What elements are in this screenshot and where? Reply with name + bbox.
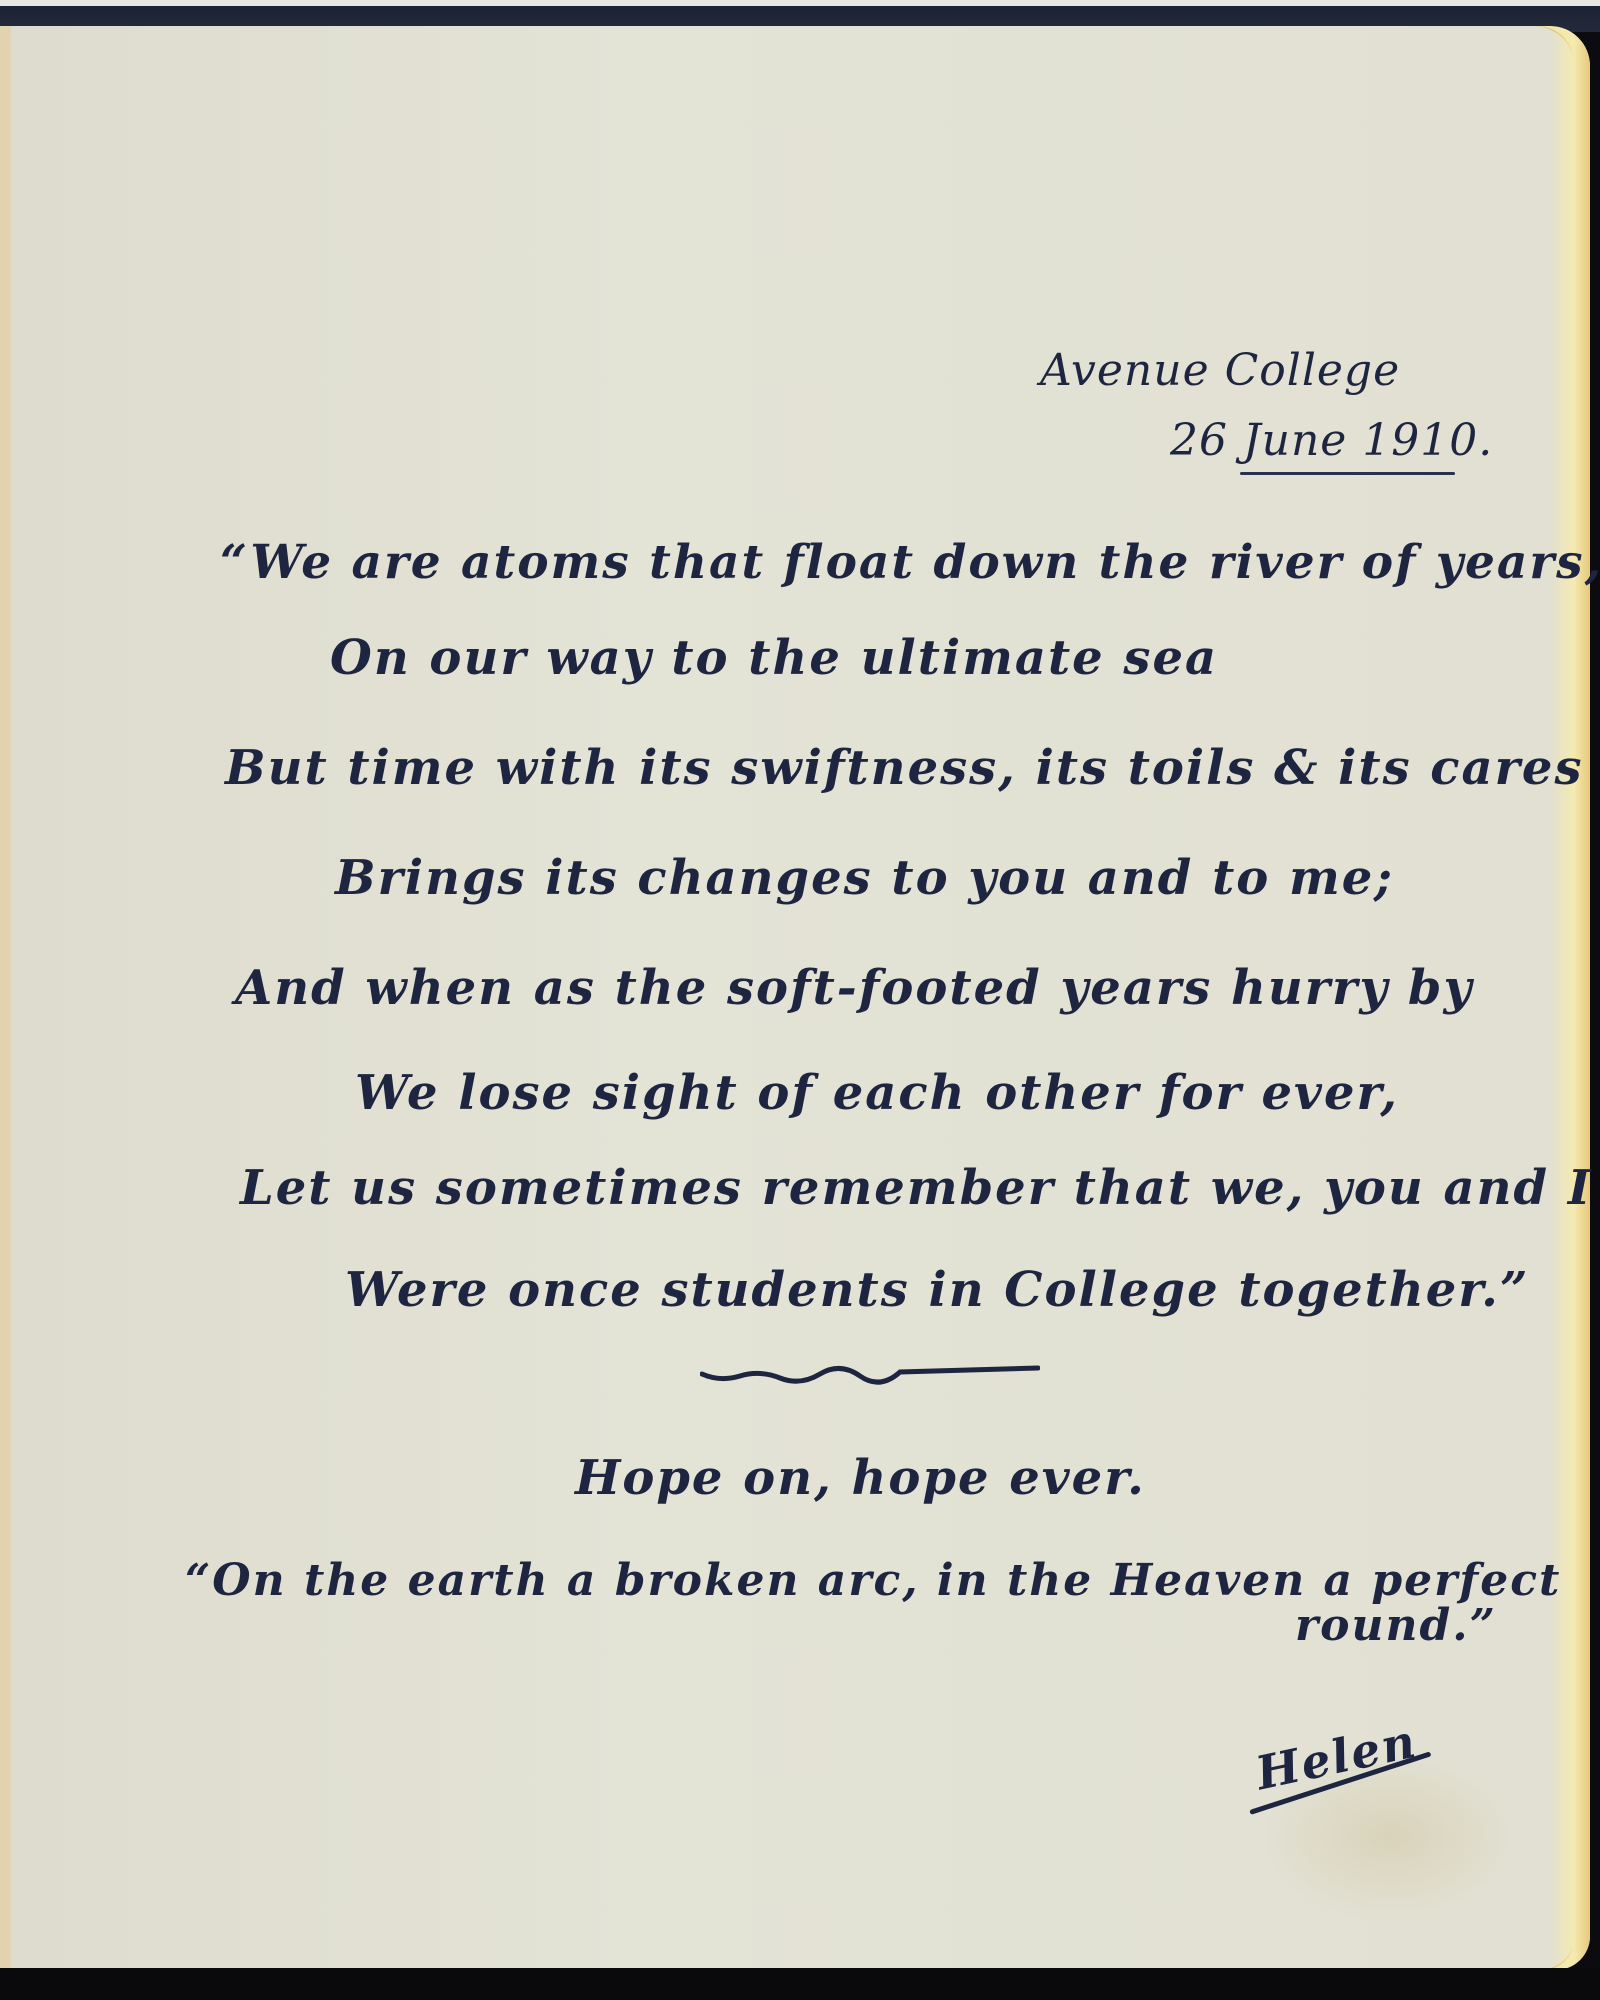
poem-line-6: We lose sight of each other for ever, bbox=[355, 1065, 1399, 1121]
quote-line-2: round.” bbox=[1295, 1600, 1497, 1651]
wavy-divider bbox=[700, 1362, 1040, 1386]
motto: Hope on, hope ever. bbox=[575, 1450, 1146, 1506]
poem-line-8: Were once students in College together.” bbox=[345, 1262, 1529, 1318]
poem-line-4: Brings its changes to you and to me; bbox=[335, 850, 1394, 906]
poem-line-7: Let us sometimes remember that we, you a… bbox=[240, 1160, 1592, 1216]
date-underline bbox=[1240, 472, 1455, 475]
poem-line-5: And when as the soft-footed years hurry … bbox=[235, 960, 1473, 1016]
poem-line-3: But time with its swiftness, its toils &… bbox=[225, 740, 1583, 796]
quote-line-1: “On the earth a broken arc, in the Heave… bbox=[185, 1555, 1561, 1606]
book-cover-bottom bbox=[0, 1968, 1600, 2000]
header-place: Avenue College bbox=[1040, 345, 1400, 396]
header-date: 26 June 1910. bbox=[1170, 415, 1493, 466]
poem-line-1: “We are atoms that float down the river … bbox=[220, 535, 1600, 590]
poem-line-2: On our way to the ultimate sea bbox=[330, 630, 1218, 686]
